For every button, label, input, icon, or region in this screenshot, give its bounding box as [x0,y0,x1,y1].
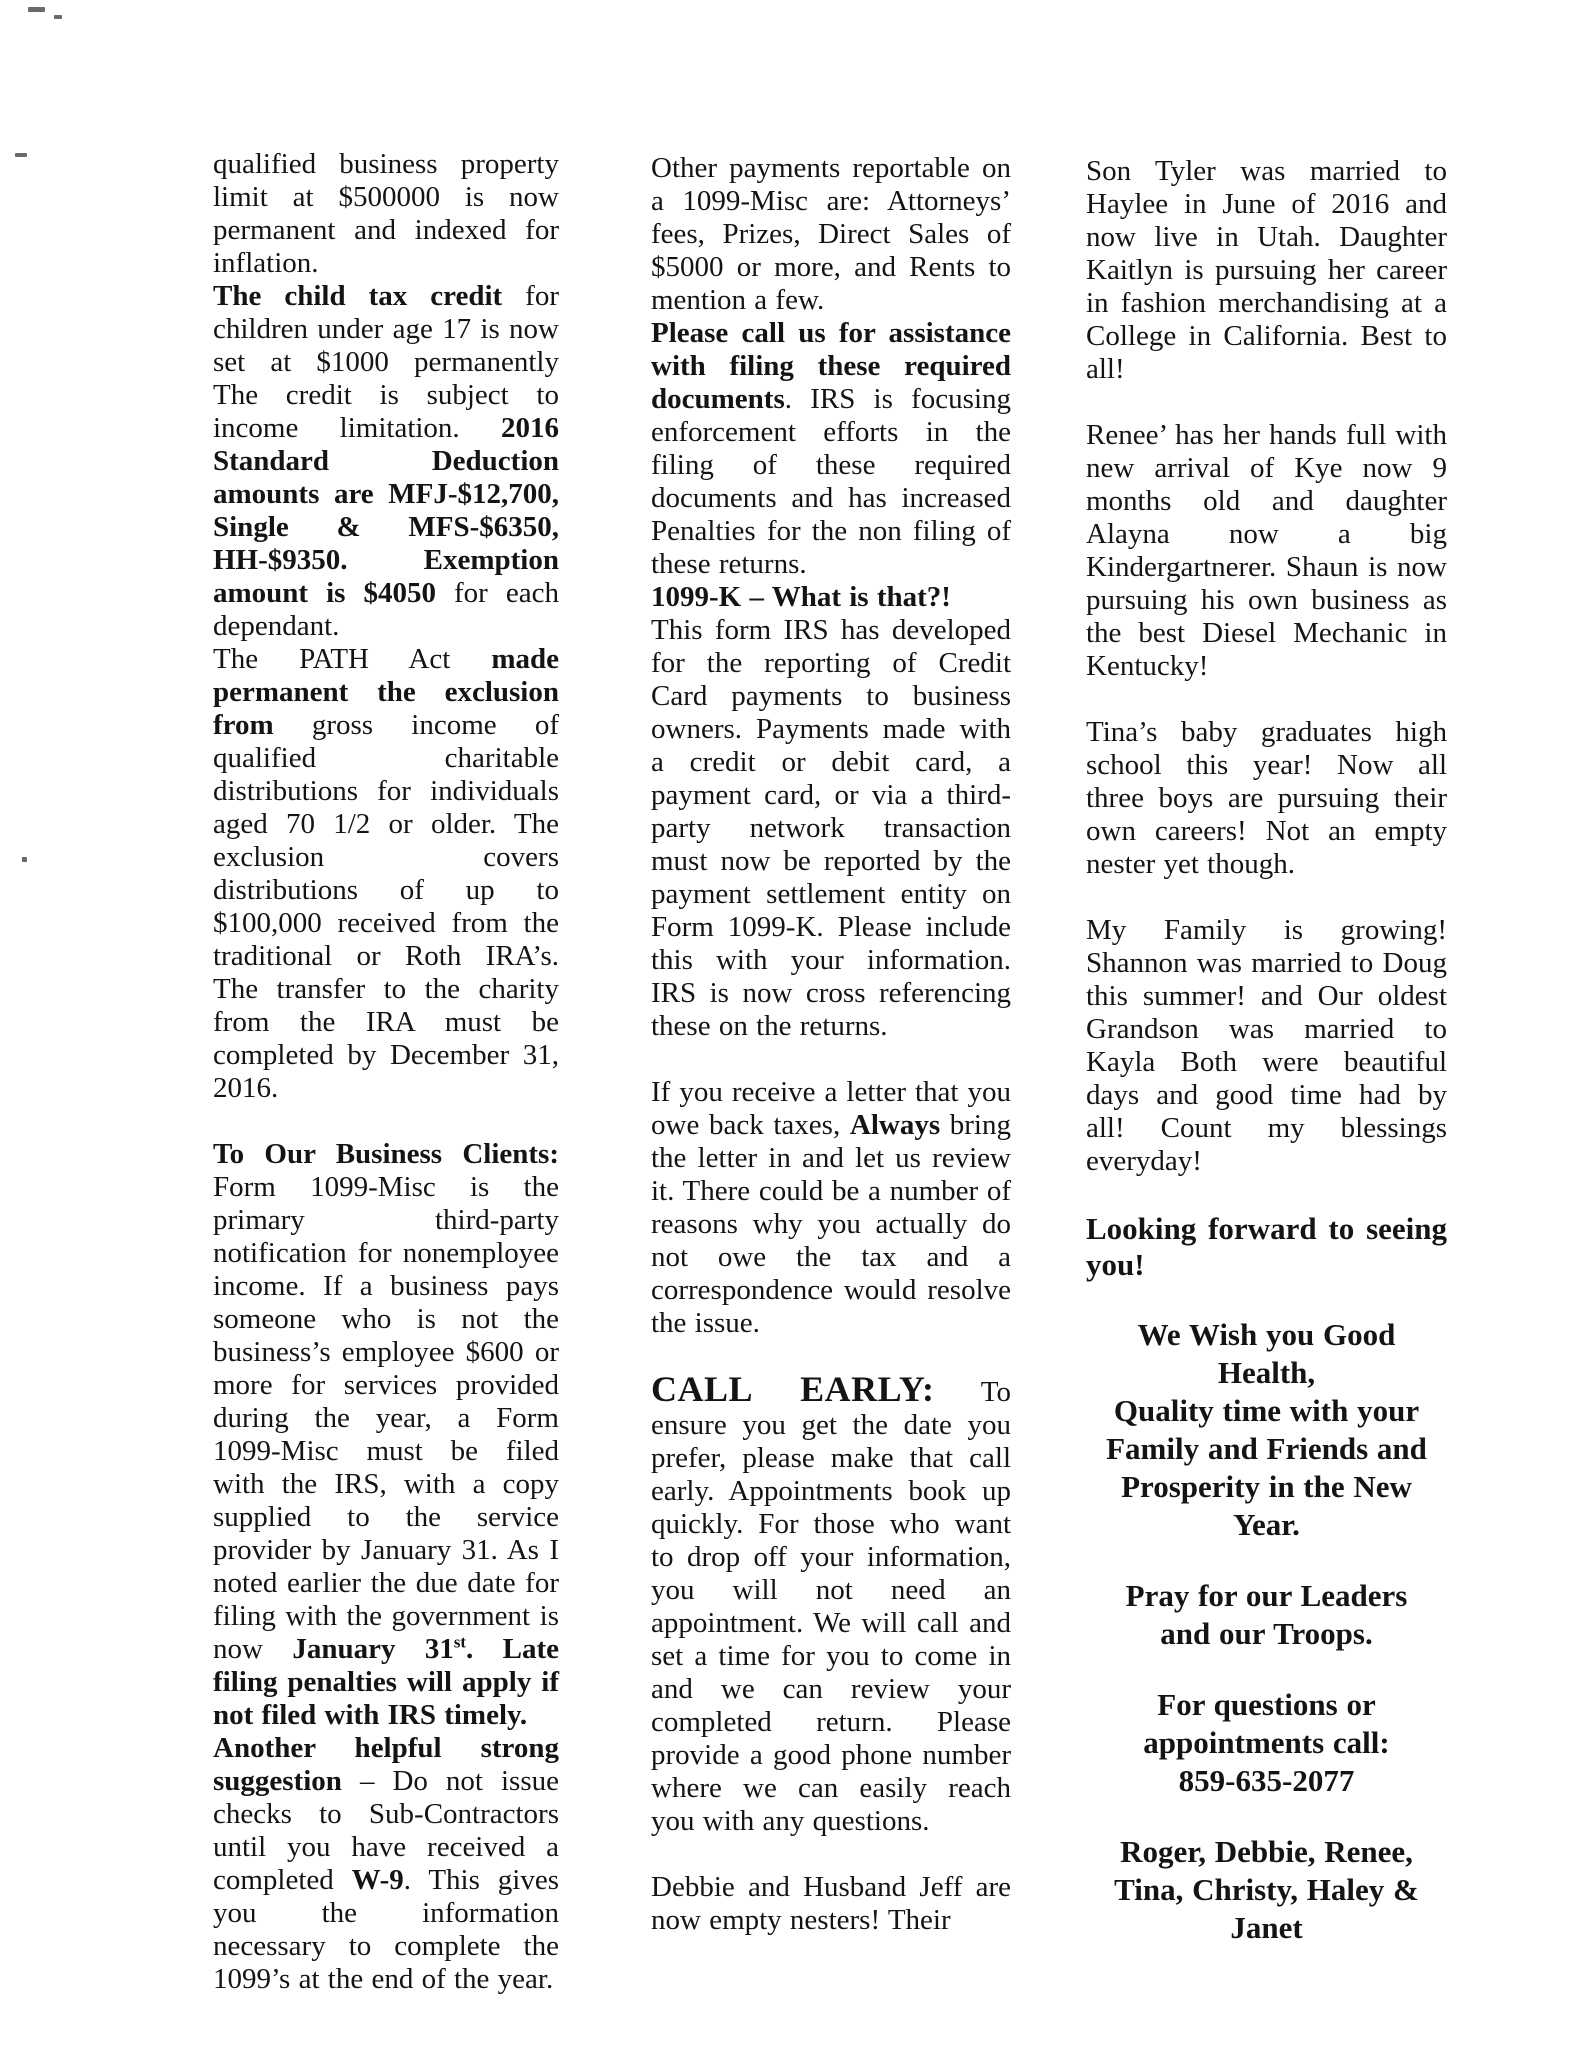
paragraph: Renee’ has her hands full with new arriv… [1086,419,1447,683]
column-right: Son Tyler was married to Haylee in June … [1086,155,1447,1947]
scanned-document-page: qualified business property limit at $50… [0,0,1588,2048]
paragraph: qualified business property limit at $50… [213,148,559,280]
paragraph: Son Tyler was married to Haylee in June … [1086,155,1447,386]
centered-paragraph: We Wish you Good Health, Quality time wi… [1086,1316,1447,1544]
scan-artifact [15,153,27,157]
paragraph: Please call us for assistance with filin… [651,317,1011,581]
text-run: st [454,1632,466,1651]
paragraph: If you receive a letter that you owe bac… [651,1076,1011,1340]
text-run: To Our Business Clients: [213,1138,559,1170]
paragraph: The PATH Act made permanent the exclusio… [213,643,559,1105]
centered-paragraph: Pray for our Leaders and our Troops. [1086,1577,1447,1653]
text-run: Always [850,1109,940,1141]
paragraph: To Our Business Clients: Form 1099-Misc … [213,1138,559,1732]
scan-artifact [28,7,45,12]
text-run: W-9 [352,1864,404,1896]
text-run: gross income of qualified charitable dis… [213,709,559,1104]
text-run: To ensure you get the date you prefer, p… [651,1376,1011,1837]
text-run: CALL EARLY: [651,1369,935,1409]
text-run: My Family is growing! Shannon was marrie… [1086,914,1447,1177]
paragraph: The child tax credit for children under … [213,280,559,643]
text-run: Looking forward to seeing you! [1086,1211,1447,1282]
text-run: Tina’s baby graduates high school this y… [1086,716,1447,880]
text-run: Son Tyler was married to Haylee in June … [1086,155,1447,385]
paragraph: CALL EARLY: To ensure you get the date y… [651,1373,1011,1838]
scan-artifact [22,857,27,862]
paragraph: My Family is growing! Shannon was marrie… [1086,914,1447,1178]
text-run: For questions or appointments call: 859-… [1143,1687,1389,1798]
text-run: The child tax credit [213,280,502,312]
text-run: Form 1099-Misc is the primary third-part… [213,1171,559,1665]
paragraph: Debbie and Husband Jeff are now empty ne… [651,1871,1011,1937]
text-run: Pray for our Leaders and our Troops. [1126,1578,1408,1651]
centered-paragraph: Roger, Debbie, Renee, Tina, Christy, Hal… [1086,1833,1447,1947]
text-run: Other payments reportable on a 1099-Misc… [651,152,1011,316]
scan-artifact [54,15,62,19]
text-run: qualified business property limit at $50… [213,148,559,279]
text-run: bring the letter in and let us review it… [651,1109,1011,1339]
text-run: Debbie and Husband Jeff are now empty ne… [651,1871,1011,1936]
paragraph: Tina’s baby graduates high school this y… [1086,716,1447,881]
column-middle: Other payments reportable on a 1099-Misc… [651,152,1011,1937]
text-run: Roger, Debbie, Renee, Tina, Christy, Hal… [1114,1834,1419,1945]
text-run: January 31 [292,1633,454,1665]
paragraph: Looking forward to seeing you! [1086,1211,1447,1283]
text-run: We Wish you Good Health, Quality time wi… [1106,1317,1427,1542]
paragraph: Another helpful strong suggestion – Do n… [213,1732,559,1996]
paragraph: 1099-K – What is that?! [651,581,1011,614]
text-run: 1099-K – What is that?! [651,581,951,613]
paragraph: Other payments reportable on a 1099-Misc… [651,152,1011,317]
text-run: The PATH Act [213,643,491,675]
paragraph: This form IRS has developed for the repo… [651,614,1011,1043]
centered-paragraph: For questions or appointments call: 859-… [1086,1686,1447,1800]
text-run: This form IRS has developed for the repo… [651,614,1011,1042]
text-run: Renee’ has her hands full with new arriv… [1086,419,1447,682]
column-left: qualified business property limit at $50… [213,148,559,1996]
